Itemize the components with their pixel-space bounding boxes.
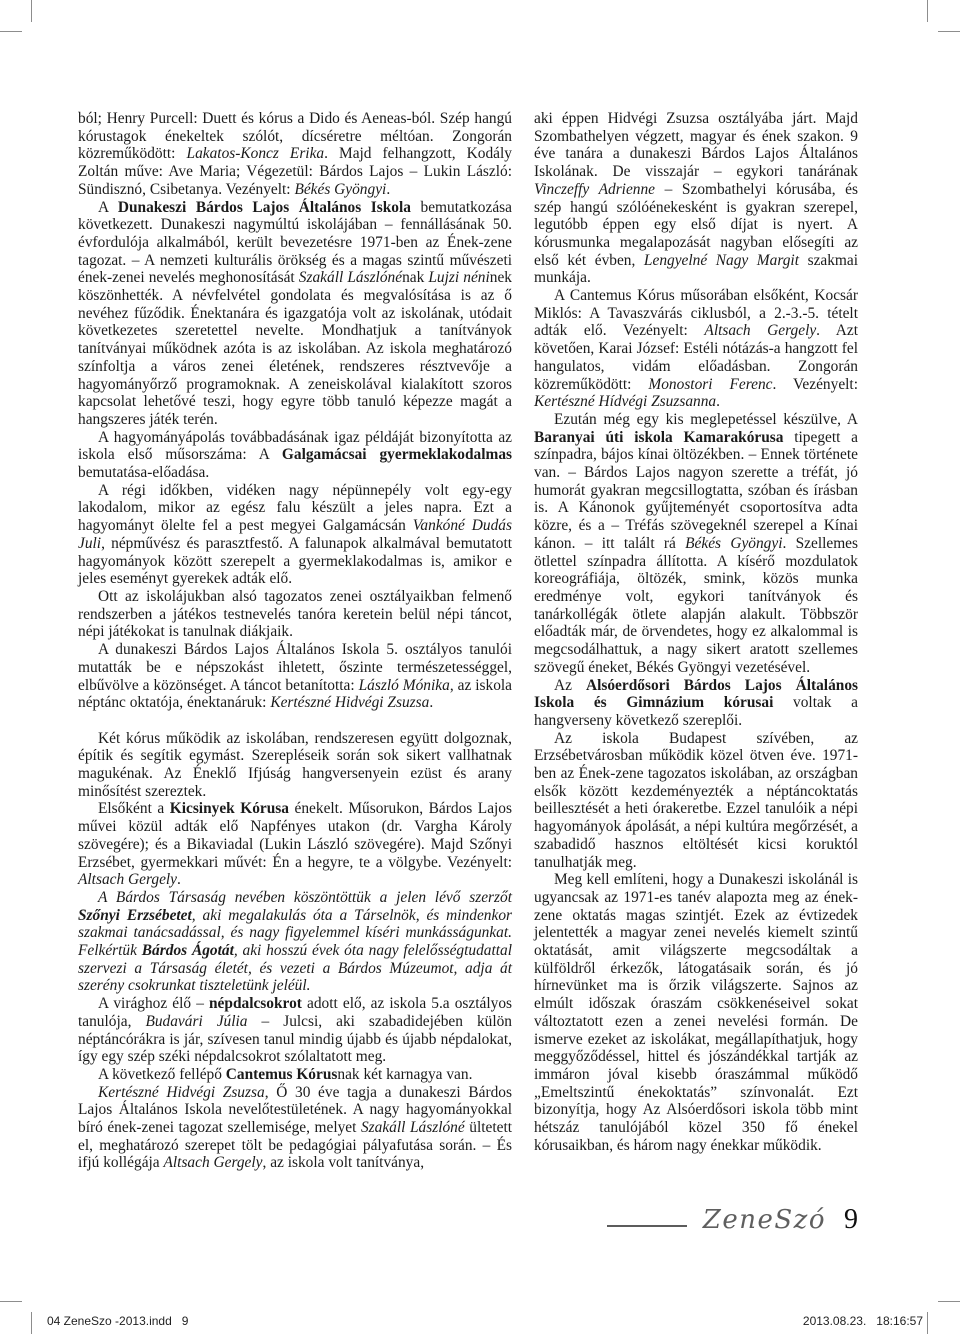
text-run: A Bárdos Társaság nevében köszöntöttük a… (98, 889, 512, 906)
text-run: nak (402, 269, 428, 286)
text-run: Baranyai úti iskola Kamarakórusa (534, 429, 784, 446)
paragraph: Meg kell említeni, hogy a Dunakeszi isko… (534, 871, 858, 1154)
text-run: tipegett a színpadra, bájos kínai öltözé… (534, 429, 858, 552)
text-run: Dunakeszi Bárdos Lajos Általános Iskola (118, 199, 411, 216)
text-run: . (429, 694, 433, 711)
left-column: ból; Henry Purcell: Duett és kórus a Did… (78, 110, 512, 1172)
paragraph: Ezután még egy kis meglepetéssel készülv… (534, 411, 858, 677)
text-run: Kertészné Hídvégi Zsuzsanna (534, 393, 716, 410)
crop-mark-top-left-horizontal (0, 31, 22, 32)
text-run: Altsach Gergely (704, 322, 816, 339)
crop-mark-bottom-left-vertical (31, 1312, 32, 1334)
page-number: 9 (844, 1204, 858, 1236)
text-run: nak két karnagya van. (337, 1066, 472, 1083)
paragraph: ból; Henry Purcell: Duett és kórus a Did… (78, 110, 512, 199)
paragraph: A Cantemus Kórus műsorában elsőként, Koc… (534, 287, 858, 411)
text-run: A (98, 199, 118, 216)
text-run: aki éppen Hidvégi Zsuzsa osztályába járt… (534, 110, 858, 180)
footer-rule (607, 1225, 687, 1227)
paragraph: A régi időkben, vidéken nagy népünnepély… (78, 482, 512, 588)
text-run: népdalcsokrot (209, 995, 302, 1012)
paragraph: aki éppen Hidvégi Zsuzsa osztályába járt… (534, 110, 858, 287)
text-run: . (177, 871, 181, 888)
text-run: bemutatása-előadása. (78, 464, 209, 481)
paragraph: A Bárdos Társaság nevében köszöntöttük a… (78, 889, 512, 995)
text-run: Az iskola Budapest szívében, az Erzsébet… (534, 730, 858, 871)
paragraph: Ott az iskolájukban alsó tagozatos zenei… (78, 588, 512, 641)
paragraph: Elsőként a Kicsinyek Kórusa énekelt. Műs… (78, 800, 512, 889)
paragraph: A virághoz élő – népdalcsokrot adott elő… (78, 995, 512, 1066)
text-run: Lujzi néni (428, 269, 489, 286)
paragraph: Kertészné Hidvégi Zsuzsa, Ő 30 éve tagja… (78, 1084, 512, 1173)
text-run: Elsőként a (98, 800, 170, 817)
text-run: Budavári Júlia (145, 1013, 247, 1030)
right-column: aki éppen Hidvégi Zsuzsa osztályába járt… (534, 110, 858, 1172)
text-run: Szakáll Lászlóné (299, 269, 402, 286)
text-run: László Mónika (359, 677, 450, 694)
text-run: Meg kell említeni, hogy a Dunakeszi isko… (534, 871, 858, 1154)
text-run: Kicsinyek Kórusa (170, 800, 289, 817)
text-run: . (716, 393, 720, 410)
text-run: Szakáll Lászlóné (361, 1119, 465, 1136)
text-run: Békés Gyöngyi (294, 181, 386, 198)
text-run: Szőnyi Erzsébetet (78, 907, 192, 924)
text-run: Altsach Gergely (163, 1154, 262, 1171)
text-run: Az (554, 677, 586, 694)
text-run: Vinczeffy Adrienne (534, 181, 655, 198)
crop-mark-top-left-vertical (31, 0, 32, 22)
text-run: , az iskola volt tanítványa, (263, 1154, 425, 1171)
paragraph: A hagyományápolás továbbadásának igaz pé… (78, 429, 512, 482)
crop-mark-top-right-horizontal (938, 31, 960, 32)
text-run: Bárdos Ágotát (142, 942, 234, 959)
paragraph: Az Alsóerdősori Bárdos Lajos Általános I… (534, 677, 858, 730)
text-run: Altsach Gergely (78, 871, 177, 888)
text-run: Monostori Ferenc (648, 376, 772, 393)
text-run: Lakatos-Koncz Erika (187, 145, 325, 162)
paragraph: A Dunakeszi Bárdos Lajos Általános Iskol… (78, 199, 512, 429)
article-body: ból; Henry Purcell: Duett és kórus a Did… (78, 110, 858, 1172)
text-run: A következő fellépő (98, 1066, 226, 1083)
text-run: . (386, 181, 390, 198)
text-run: Kertészné Hidvégi Zsuzsa (270, 694, 429, 711)
text-run: A virághoz élő – (98, 995, 209, 1012)
text-run: Cantemus Kórus (226, 1066, 338, 1083)
print-slug-filename: 04 ZeneSzo -2013.indd 9 (47, 1314, 188, 1328)
text-run: Galgamácsai gyermeklakodalmas (282, 446, 512, 463)
crop-mark-bottom-right-horizontal (938, 1301, 960, 1302)
zeneszo-logo: ZeneSzó (703, 1205, 826, 1235)
text-run: Lengyelné Nagy Margit (644, 252, 799, 269)
text-run: , népművész és parasztfestő. A falunapok… (78, 535, 512, 587)
text-run: . Vezényelt: (773, 376, 858, 393)
text-run: nek köszönhették. A névfelvétel gondolat… (78, 269, 512, 428)
text-run: . Szellemes ötlettel színpadra állította… (534, 535, 858, 676)
text-run: Két kórus működik az iskolában, rendszer… (78, 730, 512, 800)
page-footer: ZeneSzó 9 (607, 1204, 858, 1236)
crop-mark-bottom-left-horizontal (0, 1301, 22, 1302)
paragraph: A dunakeszi Bárdos Lajos Általános Iskol… (78, 641, 512, 712)
print-slug-timestamp: 2013.08.23. 18:16:57 (803, 1314, 923, 1328)
paragraph: A következő fellépő Cantemus Kórusnak ké… (78, 1066, 512, 1084)
text-run: Ott az iskolájukban alsó tagozatos zenei… (78, 588, 512, 640)
crop-mark-top-right-vertical (927, 0, 928, 22)
paragraph: Az iskola Budapest szívében, az Erzsébet… (534, 730, 858, 872)
paragraph: Két kórus működik az iskolában, rendszer… (78, 730, 512, 801)
text-run: Békés Gyöngyi (685, 535, 782, 552)
crop-mark-bottom-right-vertical (927, 1312, 928, 1334)
text-run: Kertészné Hidvégi Zsuzsa (98, 1084, 265, 1101)
text-run: Ezután még egy kis meglepetéssel készülv… (554, 411, 858, 428)
